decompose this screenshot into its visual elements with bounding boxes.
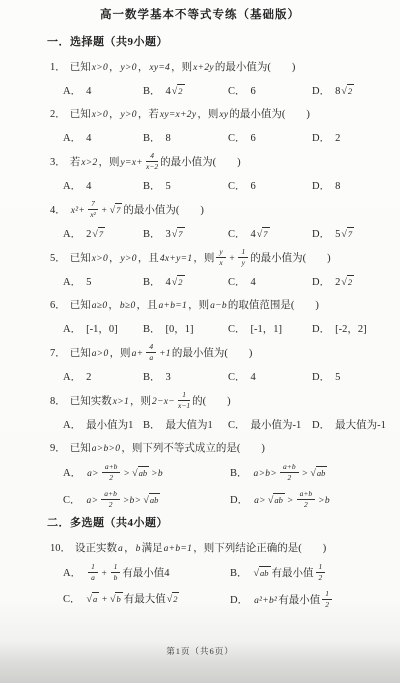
fraction: 1b (111, 563, 121, 582)
fraction-numerator: a+b (297, 490, 316, 500)
math-part: 2−x− (151, 397, 176, 407)
math-part: y=x+ (120, 158, 144, 168)
option: B．3√7 (143, 226, 228, 243)
fraction: 12 (322, 590, 332, 609)
text-part: 已知 (70, 300, 91, 311)
fraction-numerator: a+b (280, 463, 299, 473)
text-part: ，且 (137, 300, 158, 311)
option-label: A． (63, 372, 81, 383)
math-part: y>0 (120, 63, 138, 73)
math-part: a>b>0 (91, 444, 122, 454)
option: A．4 (63, 83, 143, 100)
fraction-numerator: 7 (88, 200, 98, 210)
text-part: 8 (166, 133, 171, 144)
option: A．5 (63, 274, 143, 291)
text-part: ，则 (197, 109, 218, 120)
option: A．1a+1b有最小值4 (63, 564, 230, 583)
question-number: 10． (50, 543, 71, 554)
option-label: D． (312, 181, 330, 192)
text-part: 最小值为-1 (251, 420, 302, 431)
text-part: 的取值范围是( ) (228, 300, 319, 311)
option-label: B． (143, 86, 161, 97)
option-label: A． (63, 468, 81, 479)
option: C．6 (228, 178, 312, 195)
text-part: 的最小值为( ) (123, 205, 204, 216)
text-part: 最小值为1 (86, 420, 133, 431)
radical-icon: √ (143, 495, 149, 506)
option: D．8√2 (312, 83, 400, 100)
math-part: > (286, 496, 295, 506)
radicand: 2 (347, 84, 354, 96)
radicand: 7 (98, 227, 105, 239)
text-part: 4 (251, 229, 256, 240)
option-label: A． (63, 181, 81, 192)
question-stem: 9．已知a>b>0，则下列不等式成立的是( ) (50, 440, 400, 458)
text-part: ， (124, 543, 135, 554)
options-row: A．4B．8C．6D．2 (63, 130, 400, 147)
option: B．√ab有最小值12 (230, 564, 400, 583)
sqrt: √2 (341, 86, 354, 97)
fraction-denominator: a (88, 573, 98, 582)
fraction-denominator: 2 (322, 600, 332, 609)
question: 9．已知a>b>0，则下列不等式成立的是( )A．a>a+b2>√ab>bB．a… (0, 440, 400, 510)
math-part: + (100, 569, 109, 579)
sqrt: √7 (92, 229, 105, 240)
option: D．2√2 (312, 274, 400, 291)
text-part: 5 (335, 372, 340, 383)
option: A．4 (63, 130, 143, 147)
fraction-numerator: 1 (238, 248, 248, 258)
text-part: 2 (86, 372, 91, 383)
worksheet-page: 高一数学基本不等式专练（基础版） 一．选择题（共9小题）1．已知x>0，y>0，… (0, 0, 400, 683)
text-part: 最大值为-1 (335, 420, 386, 431)
math-part: x>0 (91, 110, 109, 120)
question-number: 4． (50, 205, 66, 216)
text-part: 4 (86, 86, 91, 97)
sqrt: √7 (172, 229, 185, 240)
text-part: 设正实数 (75, 543, 117, 554)
math-part: x>0 (91, 63, 109, 73)
question-number: 7． (50, 348, 66, 359)
sqrt: √2 (167, 594, 180, 605)
option-label: D． (312, 86, 330, 97)
options-row: A．2B．3C．4D．5 (63, 369, 400, 386)
option-label: C． (228, 181, 246, 192)
fraction: a+b2 (101, 490, 120, 509)
text-part: 4 (166, 277, 171, 288)
question-number: 8． (50, 396, 66, 407)
sqrt: √a (87, 594, 100, 605)
math-part: xy=x+2y (159, 110, 198, 120)
radicand: b (115, 592, 122, 604)
option-label: A． (63, 420, 81, 431)
option-label: C． (228, 86, 246, 97)
math-part: x+2y (192, 63, 215, 73)
option: B．4√2 (143, 83, 228, 100)
question: 3．若x>2，则y=x+4x−2的最小值为( )A．4B．5C．6D．8 (0, 153, 400, 195)
option-label: B． (143, 181, 161, 192)
option: C．√a+√b有最大值√2 (63, 591, 230, 610)
question-section: 二．多选题（共4小题）10．设正实数a，b满足a+b=1，则下列结论正确的是( … (0, 516, 400, 610)
option: B．3 (143, 369, 228, 386)
option-label: D． (312, 324, 330, 335)
option: A．最小值为1 (63, 417, 143, 434)
fraction-denominator: y (238, 258, 248, 267)
option: D．8 (312, 178, 400, 195)
text-part: 最大值为1 (166, 420, 213, 431)
fraction-denominator: x−2 (146, 162, 158, 171)
options-row: A．1a+1b有最小值4B．√ab有最小值12C．√a+√b有最大值√2D．a²… (63, 564, 400, 610)
math-part: xy=4 (148, 63, 171, 73)
question: 5．已知x>0，y>0，且4x+y=1，则yx+1y的最小值为( )A．5B．4… (0, 249, 400, 291)
text-part: 5 (166, 181, 171, 192)
fraction: 7x² (88, 200, 98, 219)
question: 2．已知x>0，y>0，若xy=x+2y，则xy的最小值为( )A．4B．8C．… (0, 106, 400, 147)
radicand: 7 (115, 203, 122, 215)
fraction-numerator: 4 (146, 343, 156, 353)
option-label: A． (63, 277, 81, 288)
math-part: +1 (158, 349, 172, 359)
math-part: a>b> (253, 469, 279, 479)
text-part: ，若 (138, 109, 159, 120)
text-part: 的( ) (192, 396, 231, 407)
text-part: 2 (335, 133, 340, 144)
fraction-numerator: a+b (102, 463, 121, 473)
text-part: 若 (70, 157, 81, 168)
section-heading: 一．选择题（共9小题） (47, 35, 400, 50)
sqrt: √b (110, 594, 123, 605)
option: D．5√7 (312, 226, 400, 243)
fraction-numerator: 4 (146, 152, 158, 162)
fraction-denominator: x² (88, 210, 98, 219)
math-part: a²+b² (253, 596, 278, 606)
math-part: a>0 (91, 349, 110, 359)
option: C．4 (228, 369, 312, 386)
option: B．a>b>a+b2>√ab (230, 464, 400, 483)
options-row: A．5B．4√2C．4D．2√2 (63, 274, 400, 291)
fraction: 4x−2 (146, 152, 158, 171)
text-part: ，则 (99, 157, 120, 168)
option-label: B． (143, 420, 161, 431)
sqrt: √7 (110, 205, 123, 216)
math-part: y>0 (120, 254, 138, 264)
option: B．5 (143, 178, 228, 195)
option: A．2 (63, 369, 143, 386)
text-part: ， (109, 253, 120, 264)
text-part: ，则下列不等式成立的是( ) (121, 443, 265, 454)
option-label: B． (143, 229, 161, 240)
fraction-numerator: 1 (88, 563, 98, 573)
math-part: a−b (209, 301, 228, 311)
fraction-numerator: 1 (178, 391, 190, 401)
question-stem: 5．已知x>0，y>0，且4x+y=1，则yx+1y的最小值为( ) (50, 249, 400, 268)
radicand: 7 (262, 227, 269, 239)
worksheet-content: 一．选择题（共9小题）1．已知x>0，y>0，xy=4，则x+2y的最小值为( … (0, 35, 400, 610)
option: A．2√7 (63, 226, 143, 243)
math-part: x>2 (80, 158, 98, 168)
radicand: 2 (177, 84, 184, 96)
question: 4．x²+7x²+√7的最小值为( )A．2√7B．3√7C．4√7D．5√7 (0, 201, 400, 243)
question-number: 2． (50, 109, 66, 120)
text-part: 8 (335, 181, 340, 192)
text-part: 3 (166, 372, 171, 383)
question-number: 1． (50, 62, 66, 73)
radicand: ab (273, 493, 285, 505)
text-part: 4 (166, 86, 171, 97)
question: 8．已知实数x>1，则2−x−1x−1的( )A．最小值为1B．最大值为1C．最… (0, 392, 400, 434)
math-part: + (100, 206, 109, 216)
option-label: C． (228, 277, 246, 288)
question-number: 3． (50, 157, 66, 168)
text-part: 已知 (70, 443, 91, 454)
question-stem: 6．已知a≥0，b≥0，且a+b=1，则a−b的取值范围是( ) (50, 297, 400, 315)
option-label: C． (228, 420, 246, 431)
fraction-denominator: 2 (316, 573, 326, 582)
text-part: 4 (86, 181, 91, 192)
fraction: a+b2 (280, 463, 299, 482)
text-part: 6 (251, 133, 256, 144)
sqrt: √ab (143, 495, 160, 506)
option: C．最小值为-1 (228, 417, 312, 434)
option-label: B． (143, 133, 161, 144)
text-part: 已知 (70, 62, 91, 73)
math-part: b≥0 (119, 301, 137, 311)
text-part: 的最小值为( ) (160, 157, 241, 168)
fraction-denominator: a (146, 353, 156, 362)
sqrt: √7 (341, 229, 354, 240)
sqrt: √7 (257, 229, 270, 240)
math-part: b (135, 544, 142, 554)
text-part: [-1，0] (86, 324, 118, 335)
text-part: 已知 (70, 253, 91, 264)
radicand: ab (259, 566, 271, 578)
option: B．8 (143, 130, 228, 147)
option: D．a²+b²有最小值12 (230, 591, 400, 610)
math-part: + (228, 254, 237, 264)
text-part: 有最小值 (272, 568, 314, 579)
radicand: ab (149, 493, 161, 505)
option: A．a>a+b2>√ab>b (63, 464, 230, 483)
text-part: 4 (251, 372, 256, 383)
sqrt: √2 (172, 277, 185, 288)
math-part: x²+ (70, 206, 86, 216)
sqrt: √2 (172, 86, 185, 97)
option: C．4√7 (228, 226, 312, 243)
text-part: [-2，2] (335, 324, 367, 335)
option-label: A． (63, 133, 81, 144)
math-part: >b (317, 496, 331, 506)
options-row: A．4B．5C．6D．8 (63, 178, 400, 195)
text-part: 2 (335, 277, 340, 288)
option-label: A． (63, 568, 81, 579)
fraction-denominator: b (111, 573, 121, 582)
math-part: a> (86, 496, 100, 506)
text-part: 有最大值 (124, 594, 166, 605)
math-part: a+b=1 (158, 301, 189, 311)
math-part: a≥0 (91, 301, 109, 311)
text-part: ，且 (138, 253, 159, 264)
text-part: [-1，1] (251, 324, 283, 335)
sqrt: √ab (254, 568, 271, 579)
text-part: 已知 (70, 348, 91, 359)
radicand: 2 (172, 592, 179, 604)
option-label: B． (230, 568, 248, 579)
text-part: 有最小值4 (122, 568, 169, 579)
fraction: 1a (88, 563, 98, 582)
text-part: ，则 (193, 253, 214, 264)
question-section: 一．选择题（共9小题）1．已知x>0，y>0，xy=4，则x+2y的最小值为( … (0, 35, 400, 510)
question: 6．已知a≥0，b≥0，且a+b=1，则a−b的取值范围是( )A．[-1，0]… (0, 297, 400, 338)
question-number: 6． (50, 300, 66, 311)
option-label: A． (63, 86, 81, 97)
radical-icon: √ (310, 468, 316, 479)
math-part: y>0 (120, 110, 138, 120)
text-part: ，则 (130, 396, 151, 407)
radicand: 2 (347, 275, 354, 287)
fraction-numerator: 1 (322, 590, 332, 600)
option-label: B． (230, 468, 248, 479)
question-stem: 1．已知x>0，y>0，xy=4，则x+2y的最小值为( ) (50, 59, 400, 77)
text-part: 5 (86, 277, 91, 288)
math-part: x>1 (112, 397, 130, 407)
option: C．6 (228, 83, 312, 100)
sqrt: √2 (341, 277, 354, 288)
option-label: D． (312, 420, 330, 431)
text-part: 的最小值为( ) (172, 348, 253, 359)
option: C．4 (228, 274, 312, 291)
option-label: C． (63, 594, 81, 605)
radicand: a (92, 592, 99, 604)
radicand: 2 (177, 275, 184, 287)
fraction-numerator: y (216, 248, 225, 258)
options-row: A．最小值为1B．最大值为1C．最小值为-1D．最大值为-1 (63, 417, 400, 434)
page-title: 高一数学基本不等式专练（基础版） (0, 0, 400, 22)
text-part: 已知实数 (70, 396, 112, 407)
option: C．a>a+b2>b>√ab (63, 491, 230, 510)
text-part: 6 (251, 181, 256, 192)
fraction: yx (216, 248, 225, 267)
question: 1．已知x>0，y>0，xy=4，则x+2y的最小值为( )A．4B．4√2C．… (0, 59, 400, 100)
question-stem: 2．已知x>0，y>0，若xy=x+2y，则xy的最小值为( ) (50, 106, 400, 124)
text-part: ，则 (110, 348, 131, 359)
sqrt: √ab (310, 468, 327, 479)
fraction-denominator: x−1 (178, 401, 190, 410)
math-part: a> (253, 496, 267, 506)
math-part: xy (218, 110, 229, 120)
text-part: ，则 (188, 300, 209, 311)
math-part: > (122, 469, 131, 479)
fraction-denominator: 2 (297, 500, 316, 509)
math-part: > (301, 469, 310, 479)
fraction: 12 (316, 563, 326, 582)
option-label: C． (228, 229, 246, 240)
question-stem: 4．x²+7x²+√7的最小值为( ) (50, 201, 400, 220)
option-label: D． (230, 595, 248, 606)
option-label: C． (228, 372, 246, 383)
fraction: a+b2 (297, 490, 316, 509)
option-label: D． (312, 229, 330, 240)
option: D．5 (312, 369, 400, 386)
option: B．4√2 (143, 274, 228, 291)
option-label: C． (228, 133, 246, 144)
fraction-numerator: 1 (316, 563, 326, 573)
option-label: D． (312, 133, 330, 144)
fraction: 1y (238, 248, 248, 267)
fraction: 1x−1 (178, 391, 190, 410)
text-part: 4 (251, 277, 256, 288)
fraction-denominator: 2 (102, 473, 121, 482)
fraction-denominator: 2 (101, 500, 120, 509)
sqrt: √ab (132, 468, 149, 479)
radicand: ab (138, 466, 150, 478)
sqrt: √ab (268, 495, 285, 506)
math-part: a+b=1 (163, 544, 194, 554)
options-row: A．2√7B．3√7C．4√7D．5√7 (63, 226, 400, 243)
math-part: 4x+y=1 (159, 254, 194, 264)
option: A．4 (63, 178, 143, 195)
fraction: a+b2 (102, 463, 121, 482)
option: D．最大值为-1 (312, 417, 400, 434)
option-label: D． (312, 372, 330, 383)
option: A．[-1，0] (63, 321, 143, 338)
math-part: a> (86, 469, 100, 479)
text-part: 8 (335, 86, 340, 97)
question: 10．设正实数a，b满足a+b=1，则下列结论正确的是( )A．1a+1b有最小… (0, 540, 400, 610)
math-part: a+ (131, 349, 145, 359)
option-label: D． (312, 277, 330, 288)
question-stem: 3．若x>2，则y=x+4x−2的最小值为( ) (50, 153, 400, 172)
text-part: ， (138, 62, 149, 73)
section-heading: 二．多选题（共4小题） (47, 516, 400, 531)
option: D．2 (312, 130, 400, 147)
question-stem: 7．已知a>0，则a+4a+1的最小值为( ) (50, 344, 400, 363)
option-label: D． (230, 495, 248, 506)
option: C．[-1，1] (228, 321, 312, 338)
option-label: C． (228, 324, 246, 335)
radicand: ab (316, 466, 328, 478)
math-part: >b (150, 469, 164, 479)
option-label: B． (143, 277, 161, 288)
option-label: B． (143, 324, 161, 335)
text-part: ，则 (171, 62, 192, 73)
radical-icon: √ (132, 468, 138, 479)
math-part: + (100, 595, 109, 605)
question-number: 5． (50, 253, 66, 264)
fraction: 4a (146, 343, 156, 362)
options-row: A．[-1，0]B．[0，1]C．[-1，1]D．[-2，2] (63, 321, 400, 338)
text-part: 6 (251, 86, 256, 97)
text-part: 3 (166, 229, 171, 240)
text-part: 的最小值为( ) (229, 109, 310, 120)
question-stem: 8．已知实数x>1，则2−x−1x−1的( ) (50, 392, 400, 411)
math-part: a (117, 544, 124, 554)
math-part: >b> (122, 496, 142, 506)
text-part: 的最小值为( ) (215, 62, 296, 73)
option: C．6 (228, 130, 312, 147)
text-part: ，则下列结论正确的是( ) (193, 543, 326, 554)
text-part: ， (109, 62, 120, 73)
option-label: B． (143, 372, 161, 383)
fraction-denominator: 2 (280, 473, 299, 482)
text-part: 4 (86, 133, 91, 144)
option-label: A． (63, 324, 81, 335)
radicand: 7 (177, 227, 184, 239)
option: B．最大值为1 (143, 417, 228, 434)
text-part: ， (109, 109, 120, 120)
text-part: 已知 (70, 109, 91, 120)
text-part: [0，1] (166, 324, 194, 335)
fraction-denominator: x (216, 258, 225, 267)
